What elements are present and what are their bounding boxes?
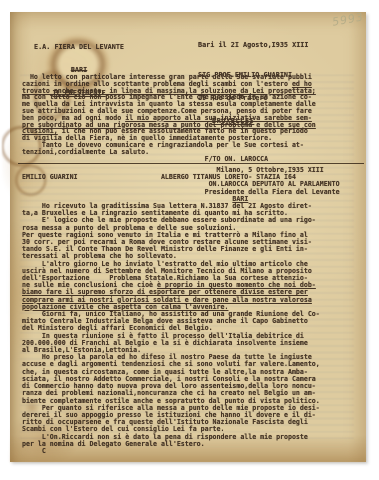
text-segment: F/TO ON. LAROCCA xyxy=(22,155,268,163)
letter-date: Bari il 2I Agosto,I935 XIII xyxy=(198,42,309,50)
text-segment: per la nomina di Delegato Generale all'E… xyxy=(22,440,205,448)
letter-divider-line xyxy=(18,163,364,164)
letter2-body: Milano, 5 Ottobre,I935 XIIIEMILIO GUARIN… xyxy=(22,167,340,455)
letter1-body: Ho letto con particolare interesse gran … xyxy=(22,74,316,162)
scan-background: { "annotations": { "handwritten_number":… xyxy=(0,0,379,480)
text-line: F/TO ON. LAROCCA xyxy=(22,156,316,163)
text-segment: C xyxy=(22,447,46,455)
text-line: per la nomina di Delegato Generale all'E… xyxy=(22,441,340,448)
handwritten-archive-number: 5993 xyxy=(331,10,365,28)
text-line: C xyxy=(22,448,340,455)
letter-paper: E.A. FIERA DEL LEVANTE BARI IL PRESIDENT… xyxy=(10,12,366,462)
letterhead-org-name: E.A. FIERA DEL LEVANTE xyxy=(34,44,124,52)
